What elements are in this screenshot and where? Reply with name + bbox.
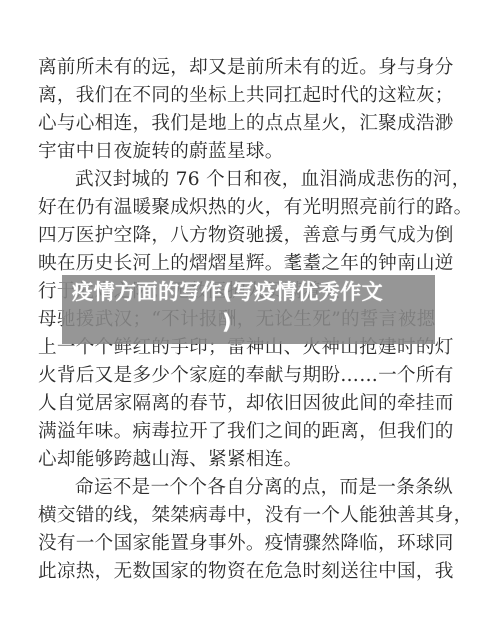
text-line: 宇宙中日夜旋转的蔚蓝星球。 (38, 138, 458, 166)
overlay-title: 疫情方面的写作(写疫情优秀作文 ) (72, 277, 432, 337)
text-line: 心与心相连，我们是地上的点点星火，汇聚成浩渺 (38, 110, 458, 138)
overlay-title-line1: 疫情方面的写作(写疫情优秀作文 (72, 280, 383, 304)
text-line: 此凉热，无数国家的物资在危急时刻送往中国，我 (38, 558, 458, 586)
overlay-title-line2: ) (72, 307, 432, 337)
paragraph-start-line: 命运不是一个个各自分离的点，而是一条条纵 (38, 474, 458, 502)
text-line: 火背后又是多少个家庭的奉献与期盼……一个所有 (38, 362, 458, 390)
text-line: 四万医护空降，八方物资驰援，善意与勇气成为倒 (38, 222, 458, 250)
text-line: 映在历史长河上的熠熠星辉。耄耋之年的钟南山逆 (38, 250, 458, 278)
text-line: 离前所未有的远，却又是前所未有的近。身与身分 (38, 54, 458, 82)
text-line: 满溢年味。病毒拉开了我们之间的距离，但我们的 (38, 418, 458, 446)
text-line: 没有一个国家能置身事外。疫情骤然降临，环球同 (38, 530, 458, 558)
text-line: 好在仍有温暖聚成炽热的火，有光明照亮前行的路。 (38, 194, 458, 222)
text-line: 离，我们在不同的坐标上共同扛起时代的这粒灰； (38, 82, 458, 110)
paragraph-start-line: 武汉封城的 76 个日和夜，血泪淌成悲伤的河， (38, 166, 458, 194)
document-page: 离前所未有的远，却又是前所未有的近。身与身分 离，我们在不同的坐标上共同扛起时代… (0, 0, 500, 617)
text-line: 人自觉居家隔离的春节，却依旧因彼此间的牵挂而 (38, 390, 458, 418)
text-line: 心却能够跨越山海、紧紧相连。 (38, 446, 458, 474)
text-line: 横交错的线，桀桀病毒中，没有一个人能独善其身， (38, 502, 458, 530)
